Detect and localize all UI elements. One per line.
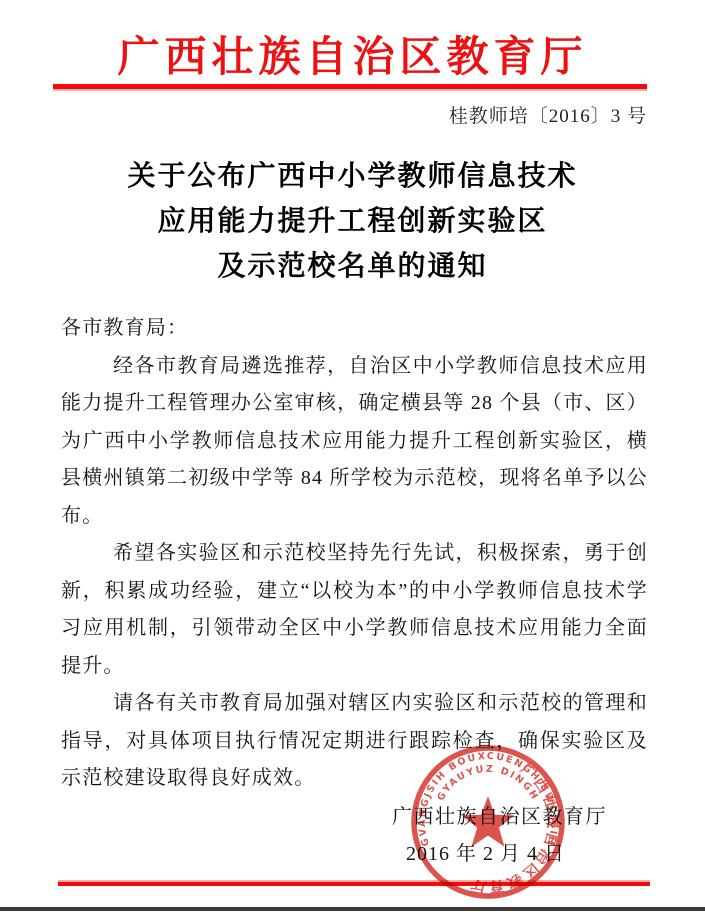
title-line-2: 应用能力提升工程创新实验区 (0, 199, 705, 244)
doc-number: 桂教师培〔2016〕3 号 (449, 101, 647, 128)
agency-header: 广西壮族自治区教育厅 (0, 24, 705, 84)
official-seal-stamp: GVANGJSIH BOUXCUENGH SWCIGIH GYAUYUZ DIN… (408, 742, 568, 902)
page-bottom-bar (0, 907, 705, 911)
salutation: 各市教育局： (61, 310, 648, 348)
header-divider-pink-line (53, 89, 647, 91)
paragraph-2: 希望各实验区和示范校坚持先行先试，积极探索，勇于创新，积累成功经验，建立“以校为… (61, 535, 648, 685)
star-icon (461, 796, 514, 847)
paragraph-1: 经各市教育局遴选推荐，自治区中小学教师信息技术应用能力提升工程管理办公室审核，确… (61, 348, 648, 536)
document-page: 广西壮族自治区教育厅 桂教师培〔2016〕3 号 关于公布广西中小学教师信息技术… (0, 0, 705, 915)
header-divider (53, 84, 647, 91)
title-line-3: 及示范校名单的通知 (0, 244, 705, 289)
document-title: 关于公布广西中小学教师信息技术 应用能力提升工程创新实验区 及示范校名单的通知 (0, 154, 705, 289)
document-body: 各市教育局： 经各市教育局遴选推荐，自治区中小学教师信息技术应用能力提升工程管理… (61, 310, 648, 798)
title-line-1: 关于公布广西中小学教师信息技术 (0, 154, 705, 199)
